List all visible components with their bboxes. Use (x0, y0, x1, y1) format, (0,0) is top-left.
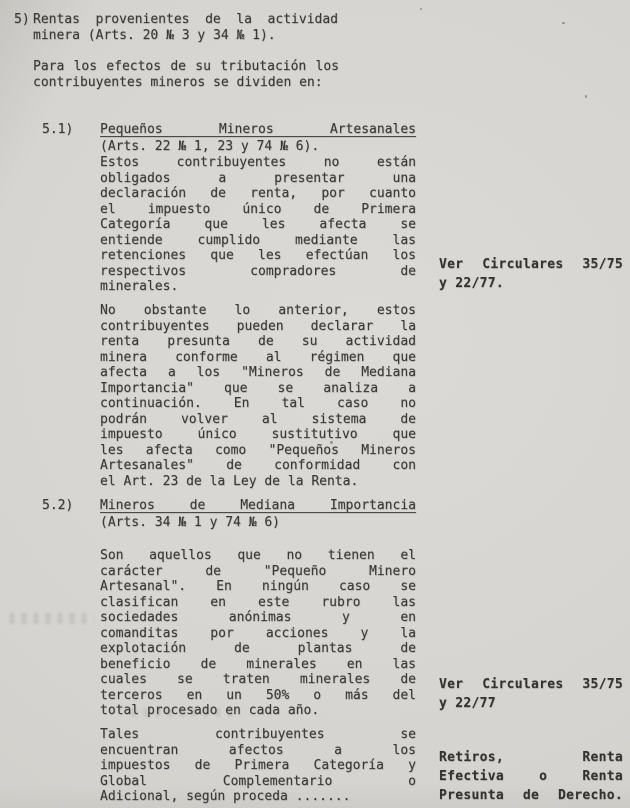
text-line: afecta a los "Mineros de Mediana (100, 365, 416, 381)
text-line: impuestos de Primera Categoría y (100, 758, 416, 774)
text-line: minera (Arts. 20 № 3 y 34 № 1). (33, 28, 338, 44)
text-line: y 22/77. (439, 275, 623, 294)
text-line: entiende cumplido mediante las (100, 233, 416, 249)
text-line: contribuyentes mineros se dividen en: (33, 75, 339, 91)
scan-speck (562, 22, 565, 24)
item-5-1-paragraph-2: No obstante lo anterior, estoscontribuye… (100, 303, 416, 489)
text-line: Efectiva o Renta (439, 768, 623, 787)
text-line: podrán volver al sistema de (100, 412, 416, 428)
text-line: sociedades anónimas y en (100, 610, 416, 626)
text-line: Global Complementario o (100, 774, 416, 790)
text-line: Retiros, Renta (439, 749, 623, 768)
bleedthrough-smudge (6, 613, 94, 624)
text-line: comanditas por acciones y la (100, 626, 416, 642)
text-line: Artesanal". En ningún caso se (100, 579, 416, 595)
text-line: Ver Circulares 35/75 (439, 676, 623, 695)
text-line: contribuyentes pueden declarar la (100, 319, 416, 335)
item-5-1-number: 5.1) (42, 122, 73, 137)
text-line: encuentran afectos a los (100, 743, 416, 759)
text-line: beneficio de minerales en las (100, 657, 416, 673)
text-line: declaración de renta, por cuanto (100, 186, 416, 202)
text-line: respectivos compradores de (100, 264, 416, 280)
text-line: retenciones que les efectúan los (100, 248, 416, 264)
item-5-2-paragraph-1: Son aquellos que no tienen elcarácter de… (100, 548, 416, 719)
text-line: Son aquellos que no tienen el (100, 548, 416, 564)
item-5-2-title: Mineros de Mediana Importancia (100, 498, 416, 514)
item-5-2-number: 5.2) (42, 498, 73, 513)
text-line: Adicional, según proceda ....... (100, 789, 416, 805)
scanned-document-page: 5) Rentas provenientes de la actividadmi… (0, 0, 630, 808)
item-5-2-paragraph-2: Tales contribuyentes seencuentran afecto… (100, 727, 416, 805)
text-line: Estos contribuyentes no están (100, 155, 416, 171)
text-line: el impuesto único de Primera (100, 202, 416, 218)
text-line: Artesanales" de conformidad con (100, 458, 416, 474)
margin-note-circulares-2: Ver Circulares 35/75y 22/77 (439, 676, 623, 714)
item-5-1-title: Pequeños Mineros Artesanales (100, 122, 416, 138)
text-line: Rentas provenientes de la actividad (33, 12, 338, 28)
section-5-number: 5) (14, 12, 30, 27)
text-line: renta presunta de su actividad (100, 334, 416, 350)
text-line: carácter de "Pequeño Minero (100, 564, 416, 580)
text-line: el Art. 23 de la Ley de la Renta. (100, 474, 416, 490)
text-line: les afecta como "Pequeños Mineros (100, 443, 416, 459)
text-line: Ver Circulares 35/75 (439, 256, 623, 275)
text-line: clasifican en este rubro las (100, 595, 416, 611)
item-5-1-subtitle: (Arts. 22 № 1, 23 y 74 № 6). (100, 139, 416, 154)
text-line: Para los efectos de su tributación los (33, 59, 339, 75)
item-5-2-subtitle: (Arts. 34 № 1 y 74 № 6) (100, 515, 416, 530)
scan-speck (330, 441, 333, 444)
text-line: cuales se traten minerales de (100, 672, 416, 688)
text-line: Presunta de Derecho. (439, 787, 623, 806)
section-5-heading: Rentas provenientes de la actividadminer… (33, 12, 338, 43)
text-line: Importancia" que se analiza a (100, 381, 416, 397)
scan-speck (585, 95, 587, 98)
text-line: continuación. En tal caso no (100, 396, 416, 412)
text-line: y 22/77 (439, 695, 623, 714)
margin-note-retiros-renta: Retiros, RentaEfectiva o RentaPresunta d… (439, 749, 623, 805)
bleedthrough-smudge (128, 708, 240, 717)
text-line: obligados a presentar una (100, 171, 416, 187)
text-line: No obstante lo anterior, estos (100, 303, 416, 319)
text-line: Categoría que les afecta se (100, 217, 416, 233)
item-5-1-paragraph-1: Estos contribuyentes no estánobligados a… (100, 155, 416, 295)
section-5-intro-paragraph: Para los efectos de su tributación losco… (33, 59, 339, 90)
scan-speck (420, 8, 422, 10)
text-line: minera conforme al régimen que (100, 350, 416, 366)
text-line: explotación de plantas de (100, 641, 416, 657)
text-line: terceros en un 50% o más del (100, 688, 416, 704)
text-line: minerales. (100, 279, 416, 295)
margin-note-circulares-1: Ver Circulares 35/75y 22/77. (439, 256, 623, 294)
text-line: Tales contribuyentes se (100, 727, 416, 743)
text-line: impuesto único sustitutivo que (100, 427, 416, 443)
